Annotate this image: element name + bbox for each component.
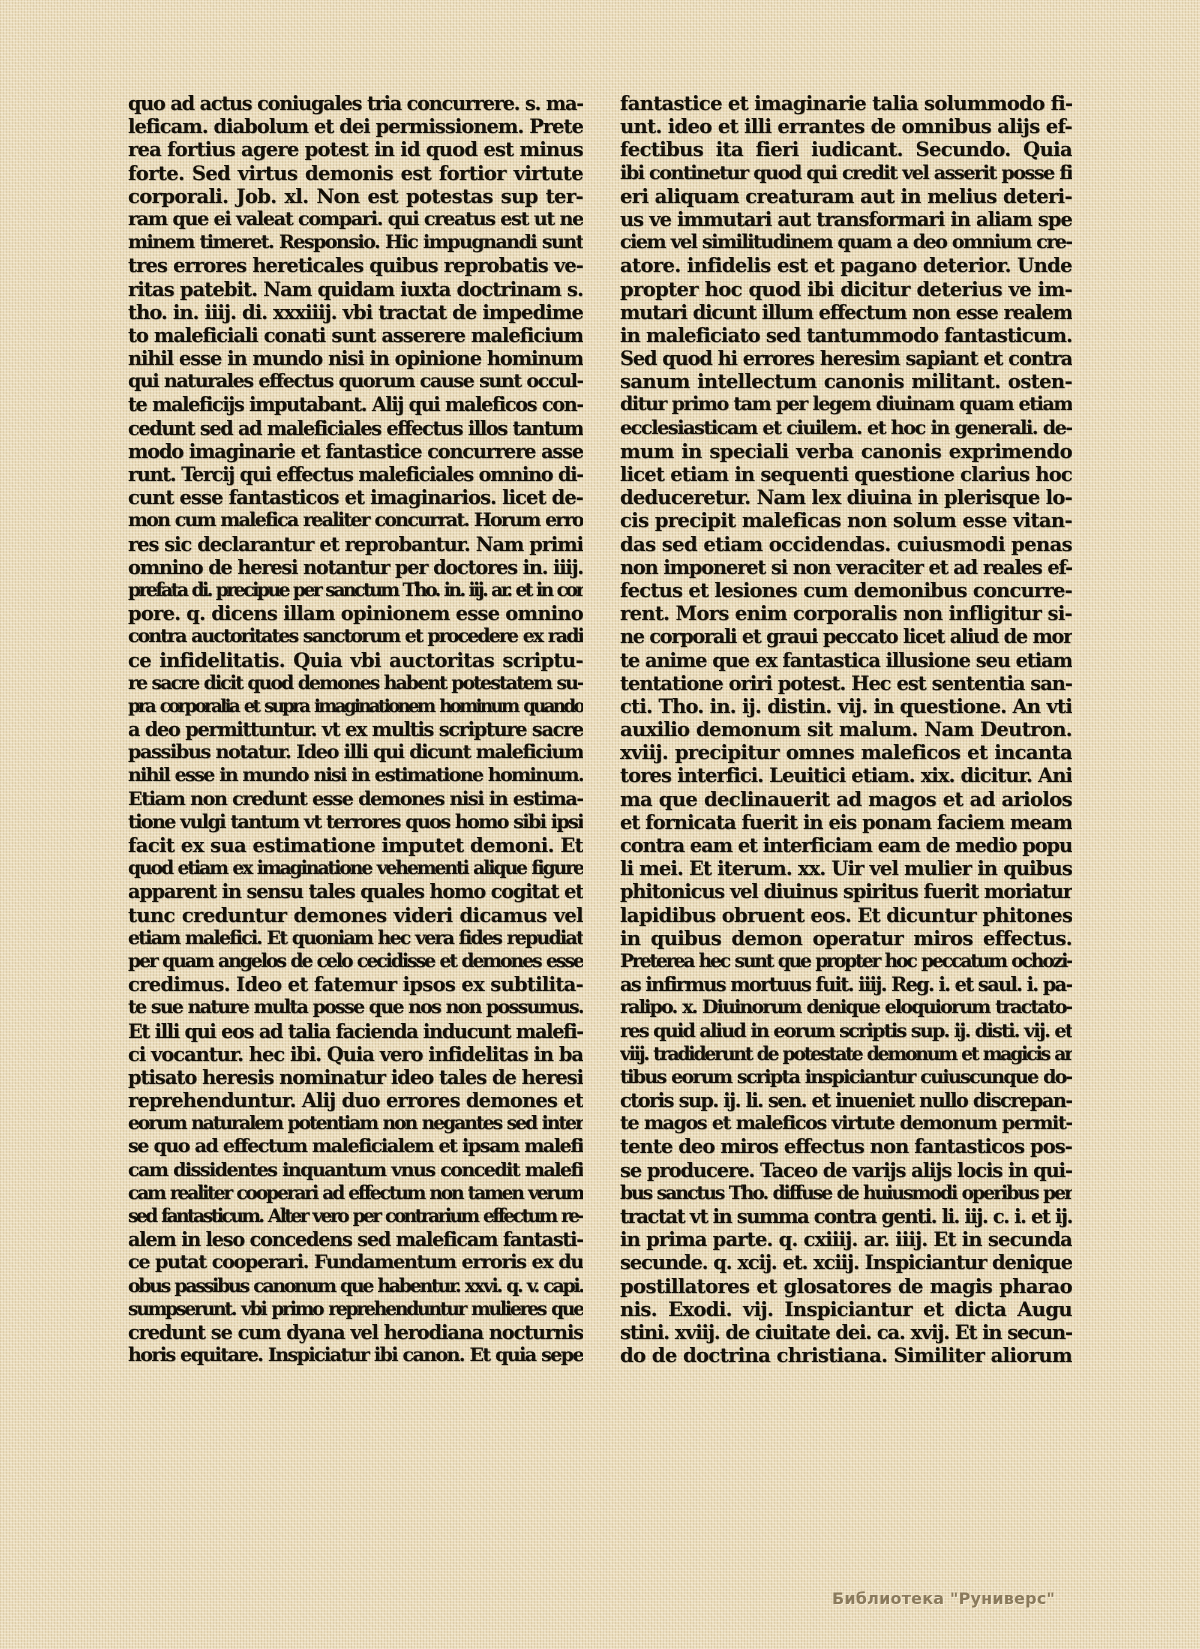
text-line: Etiam non credunt esse demones nisi in e… <box>128 788 583 811</box>
text-line: fectus et lesiones cum demonibus concurr… <box>620 579 1072 602</box>
text-line: cis precipit maleficas non solum esse vi… <box>620 509 1072 532</box>
text-line: res sic declarantur et reprobantur. Nam … <box>128 533 583 556</box>
text-line: sed fantasticum. Alter vero per contrari… <box>128 1205 583 1228</box>
text-line: a deo permittuntur. vt ex multis scriptu… <box>128 718 583 741</box>
text-line: te maleficijs imputabant. Alij qui malef… <box>128 393 583 416</box>
text-line: cti. Tho. in. ij. distin. vij. in questi… <box>620 695 1072 718</box>
text-line: ecclesiasticam et ciuilem. et hoc in gen… <box>620 417 1072 440</box>
text-line: pra corporalia et supra imaginationem ho… <box>128 695 583 718</box>
text-line: tractat vt in summa contra genti. li. ii… <box>620 1205 1072 1228</box>
text-line: omnino de heresi notantur per doctores i… <box>128 556 583 579</box>
text-line: lapidibus obruent eos. Et dicuntur phito… <box>620 904 1072 927</box>
text-line: sanum intellectum canonis militant. oste… <box>620 370 1072 393</box>
text-line: quod etiam ex imaginatione vehementi ali… <box>128 857 583 880</box>
text-line: obus passibus canonum que habentur. xxvi… <box>128 1275 583 1298</box>
text-line: te magos et maleficos virtute demonum pe… <box>620 1112 1072 1135</box>
text-line: atore. infidelis est et pagano deterior.… <box>620 254 1072 277</box>
text-line: forte. Sed virtus demonis est fortior vi… <box>128 162 583 185</box>
text-line: modo imaginarie et fantastice concurrere… <box>128 440 583 463</box>
text-line: mum in speciali verba canonis exprimendo <box>620 440 1072 463</box>
text-line: in prima parte. q. cxiiij. ar. iiij. Et … <box>620 1228 1072 1251</box>
text-line: contra auctoritates sanctorum et procede… <box>128 625 583 648</box>
text-line: qui naturales effectus quorum cause sunt… <box>128 370 583 393</box>
text-line: alem in leso concedens sed maleficam fan… <box>128 1228 583 1251</box>
text-line: Et illi qui eos ad talia facienda inducu… <box>128 1020 583 1043</box>
text-line: as infirmus mortuus fuit. iiij. Reg. i. … <box>620 973 1072 996</box>
text-line: eorum naturalem potentiam non negantes s… <box>128 1112 583 1135</box>
text-line: res quid aliud in eorum scriptis sup. ij… <box>620 1020 1072 1043</box>
text-line: das sed etiam occidendas. cuiusmodi pena… <box>620 533 1072 556</box>
text-line: ciem vel similitudinem quam a deo omnium… <box>620 231 1072 254</box>
text-line: in maleficiato sed tantummodo fantasticu… <box>620 324 1072 347</box>
text-line: prefata di. precipue per sanctum Tho. in… <box>128 579 583 602</box>
text-line: runt. Tercij qui effectus maleficiales o… <box>128 463 583 486</box>
text-line: cunt esse fantasticos et imaginarios. li… <box>128 486 583 509</box>
left-text-column: quo ad actus coniugales tria concurrere.… <box>128 92 583 1367</box>
text-line: mon cum malefica realiter concurrat. Hor… <box>128 509 583 532</box>
text-line: licet etiam in sequenti questione clariu… <box>620 463 1072 486</box>
text-line: te anime que ex fantastica illusione seu… <box>620 649 1072 672</box>
text-line: postillatores et glosatores de magis pha… <box>620 1275 1072 1298</box>
text-line: ptisato heresis nominatur ideo tales de … <box>128 1066 583 1089</box>
text-line: cam realiter cooperari ad effectum non t… <box>128 1182 583 1205</box>
text-line: li mei. Et iterum. xx. Uir vel mulier in… <box>620 857 1072 880</box>
text-line: in quibus demon operatur miros effectus. <box>620 927 1072 950</box>
text-line: tores interfici. Leuitici etiam. xix. di… <box>620 764 1072 787</box>
text-line: ce putat cooperari. Fundamentum erroris … <box>128 1251 583 1274</box>
text-line: credimus. Ideo et fatemur ipsos ex subti… <box>128 973 583 996</box>
text-line: tunc creduntur demones videri dicamus ve… <box>128 904 583 927</box>
text-line: fectibus ita fieri iudicant. Secundo. Qu… <box>620 138 1072 161</box>
text-line: tentatione oriri potest. Hec est sentent… <box>620 672 1072 695</box>
text-line: se producere. Taceo de varijs alijs loci… <box>620 1159 1072 1182</box>
text-line: ma que declinauerit ad magos et ad ariol… <box>620 788 1072 811</box>
text-line: minem timeret. Responsio. Hic impugnandi… <box>128 231 583 254</box>
text-line: us ve immutari aut transformari in aliam… <box>620 208 1072 231</box>
text-line: ralipo. x. Diuinorum denique eloquiorum … <box>620 996 1072 1019</box>
text-line: facit ex sua estimatione imputet demoni.… <box>128 834 583 857</box>
right-text-column: fantastice et imaginarie talia solummodo… <box>620 92 1072 1367</box>
text-line: per quam angelos de celo cecidisse et de… <box>128 950 583 973</box>
text-line: apparent in sensu tales quales homo cogi… <box>128 880 583 903</box>
text-line: leficam. diabolum et dei permissionem. P… <box>128 115 583 138</box>
text-line: horis equitare. Inspiciatur ibi canon. E… <box>128 1344 583 1367</box>
text-line: credunt se cum dyana vel herodiana noctu… <box>128 1321 583 1344</box>
text-line: ne corporali et graui peccato licet aliu… <box>620 625 1072 648</box>
text-line: secunde. q. xcij. et. xciij. Inspiciantu… <box>620 1251 1072 1274</box>
text-line: xviij. precipitur omnes maleficos et inc… <box>620 741 1072 764</box>
text-line: ram que ei valeat compari. qui creatus e… <box>128 208 583 231</box>
text-line: deduceretur. Nam lex diuina in plerisque… <box>620 486 1072 509</box>
text-line: quo ad actus coniugales tria concurrere.… <box>128 92 583 115</box>
text-line: unt. ideo et illi errantes de omnibus al… <box>620 115 1072 138</box>
text-line: cam dissidentes inquantum vnus concedit … <box>128 1159 583 1182</box>
text-line: ci vocantur. hec ibi. Quia vero infideli… <box>128 1043 583 1066</box>
text-line: contra eam et interficiam eam de medio p… <box>620 834 1072 857</box>
text-line: ctoris sup. ij. li. sen. et inueniet nul… <box>620 1089 1072 1112</box>
text-line: se quo ad effectum maleficialem et ipsam… <box>128 1135 583 1158</box>
text-line: sumpserunt. vbi primo reprehenduntur mul… <box>128 1298 583 1321</box>
text-line: corporali. Job. xl. Non est potestas sup… <box>128 185 583 208</box>
text-line: tres errores hereticales quibus reprobat… <box>128 254 583 277</box>
library-watermark: Библиотека "Руниверс" <box>832 1589 1055 1608</box>
text-line: et fornicata fuerit in eis ponam faciem … <box>620 811 1072 834</box>
text-line: cedunt sed ad maleficiales effectus illo… <box>128 417 583 440</box>
text-line: passibus notatur. Ideo illi qui dicunt m… <box>128 741 583 764</box>
text-line: to maleficiali conati sunt asserere male… <box>128 324 583 347</box>
text-line: tibus eorum scripta inspiciantur cuiuscu… <box>620 1066 1072 1089</box>
text-line: auxilio demonum sit malum. Nam Deutron. <box>620 718 1072 741</box>
text-line: ritas patebit. Nam quidam iuxta doctrina… <box>128 278 583 301</box>
text-line: nis. Exodi. vij. Inspiciantur et dicta A… <box>620 1298 1072 1321</box>
text-line: fantastice et imaginarie talia solummodo… <box>620 92 1072 115</box>
text-line: te sue nature multa posse que nos non po… <box>128 996 583 1019</box>
text-line: reprehenduntur. Alij duo errores demones… <box>128 1089 583 1112</box>
text-line: propter hoc quod ibi dicitur deterius ve… <box>620 278 1072 301</box>
text-line: bus sanctus Tho. diffuse de huiusmodi op… <box>620 1182 1072 1205</box>
text-line: eri aliquam creaturam aut in melius dete… <box>620 185 1072 208</box>
text-line: mutari dicunt illum effectum non esse re… <box>620 301 1072 324</box>
text-line: etiam malefici. Et quoniam hec vera fide… <box>128 927 583 950</box>
text-line: tente deo miros effectus non fantasticos… <box>620 1135 1072 1158</box>
text-line: pore. q. dicens illam opinionem esse omn… <box>128 602 583 625</box>
text-line: nihil esse in mundo nisi in estimatione … <box>128 764 583 787</box>
text-line: do de doctrina christiana. Similiter ali… <box>620 1344 1072 1367</box>
text-line: Preterea hec sunt que propter hoc peccat… <box>620 950 1072 973</box>
text-line: tione vulgi tantum vt terrores quos homo… <box>128 811 583 834</box>
text-line: ditur primo tam per legem diuinam quam e… <box>620 393 1072 416</box>
text-line: ce infidelitatis. Quia vbi auctoritas sc… <box>128 649 583 672</box>
text-line: rent. Mors enim corporalis non infligitu… <box>620 602 1072 625</box>
text-line: Sed quod hi errores heresim sapiant et c… <box>620 347 1072 370</box>
text-line: non imponeret si non veraciter et ad rea… <box>620 556 1072 579</box>
text-line: viij. tradiderunt de potestate demonum e… <box>620 1043 1072 1066</box>
text-line: tho. in. iiij. di. xxxiiij. vbi tractat … <box>128 301 583 324</box>
text-line: rea fortius agere potest in id quod est … <box>128 138 583 161</box>
text-line: ibi continetur quod qui credit vel asser… <box>620 162 1072 185</box>
text-line: re sacre dicit quod demones habent potes… <box>128 672 583 695</box>
text-line: nihil esse in mundo nisi in opinione hom… <box>128 347 583 370</box>
text-line: phitonicus vel diuinus spiritus fuerit m… <box>620 880 1072 903</box>
text-line: stini. xviij. de ciuitate dei. ca. xvij.… <box>620 1321 1072 1344</box>
scanned-page: quo ad actus coniugales tria concurrere.… <box>0 0 1200 1649</box>
